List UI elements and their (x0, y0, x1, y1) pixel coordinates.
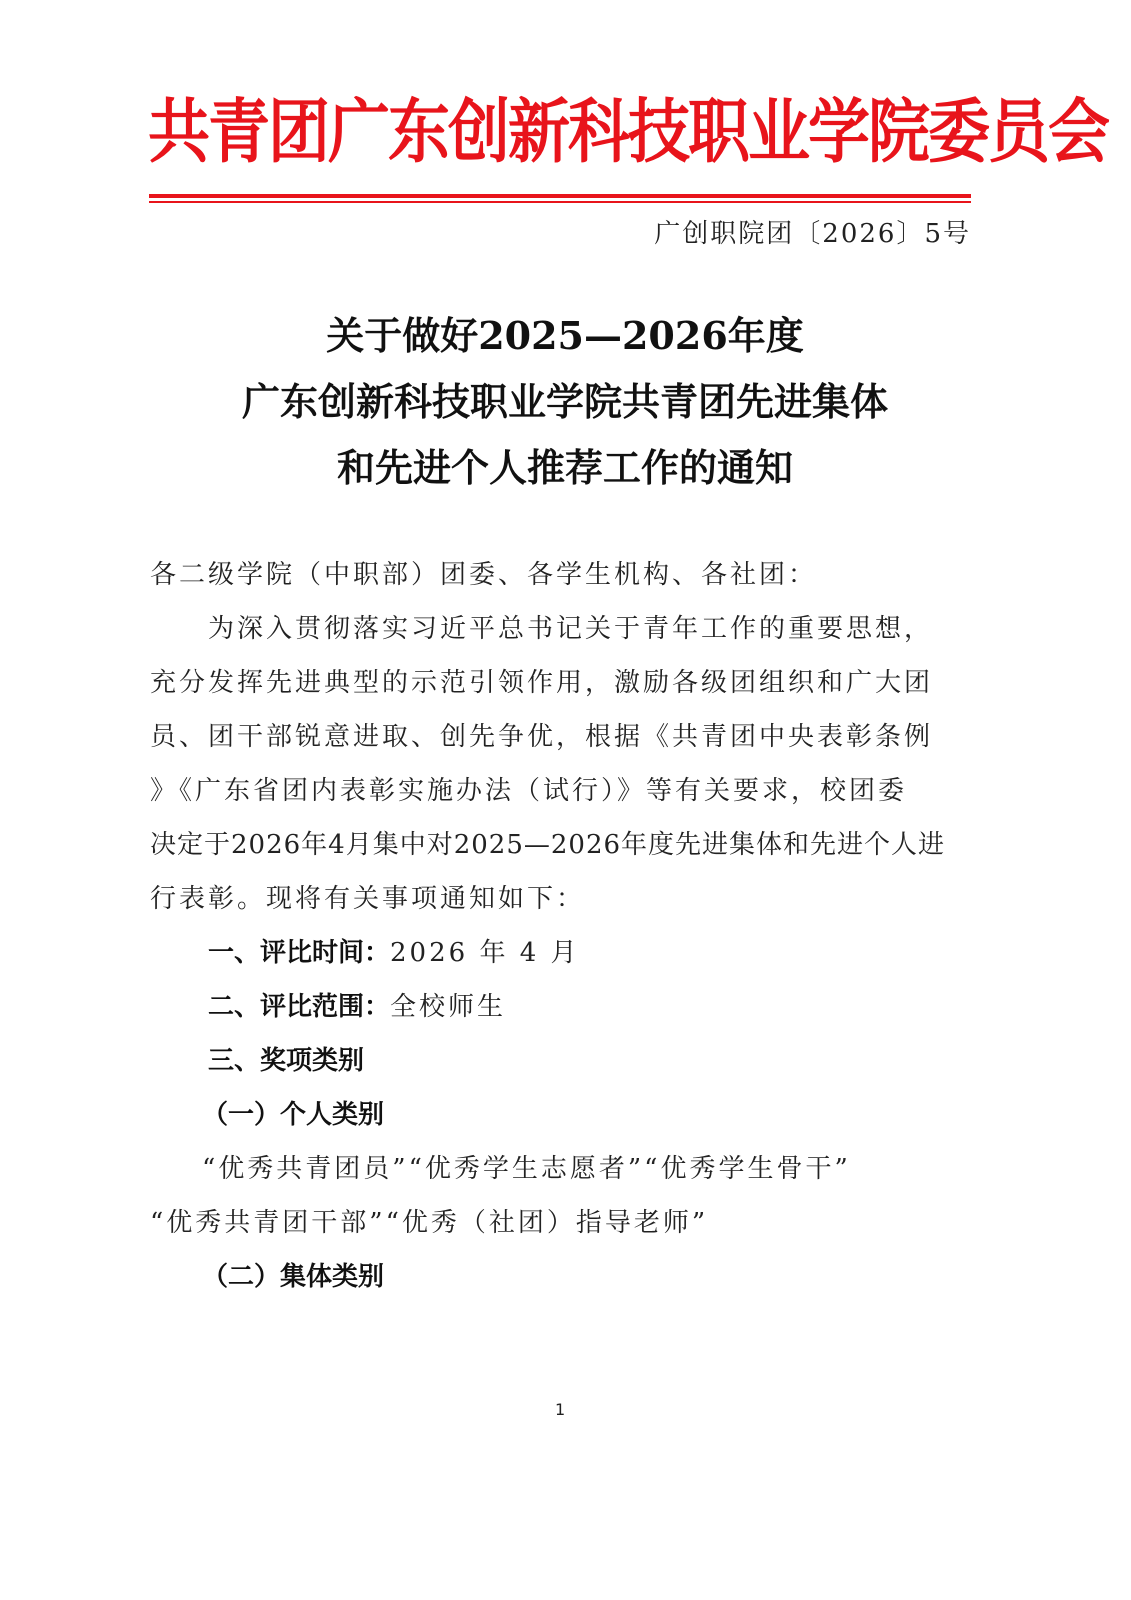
intro-line: 决定于2026年4月集中对2025—2026年度先进集体和先进个人进 (150, 818, 972, 872)
intro-line: 行表彰。现将有关事项通知如下： (150, 872, 972, 926)
section-heading: 二、评比范围： (208, 992, 390, 1022)
section-evaluation-time: 一、评比时间：2026 年 4 月 (150, 926, 972, 980)
organization-title: 共青团广东创新科技职业学院委员会 (148, 87, 970, 177)
subsection-individual: （一）个人类别 (150, 1088, 972, 1142)
page-number: 1 (555, 1400, 565, 1419)
salutation: 各二级学院（中职部）团委、各学生机构、各社团： (150, 548, 972, 602)
individual-awards-line: “优秀共青团员”“优秀学生志愿者”“优秀学生骨干” (150, 1142, 972, 1196)
header-red-rule-thick (149, 194, 971, 198)
intro-line: 充分发挥先进典型的示范引领作用，激励各级团组织和广大团 (150, 656, 972, 710)
section-value: 2026 年 4 月 (390, 938, 580, 968)
subsection-heading: （二）集体类别 (202, 1262, 384, 1292)
section-heading: 一、评比时间： (208, 938, 390, 968)
header-red-rule-thin (149, 201, 971, 203)
title-line-1: 关于做好2025—2026年度 (140, 303, 990, 369)
title-line-3: 和先进个人推荐工作的通知 (140, 435, 990, 501)
title-line-2: 广东创新科技职业学院共青团先进集体 (140, 369, 990, 435)
subsection-collective: （二）集体类别 (150, 1250, 972, 1304)
individual-awards-line: “优秀共青团干部”“优秀（社团）指导老师” (150, 1196, 972, 1250)
section-award-categories: 三、奖项类别 (150, 1034, 972, 1088)
section-heading: 三、奖项类别 (208, 1046, 364, 1076)
document-body: 各二级学院（中职部）团委、各学生机构、各社团： 为深入贯彻落实习近平总书记关于青… (150, 548, 972, 1304)
intro-line: 员、团干部锐意进取、创先争优，根据《共青团中央表彰条例 (150, 710, 972, 764)
section-value: 全校师生 (390, 992, 506, 1022)
intro-line: 为深入贯彻落实习近平总书记关于青年工作的重要思想， (150, 602, 972, 656)
document-number: 广创职院团〔2026〕5号 (654, 214, 971, 254)
notice-title: 关于做好2025—2026年度 广东创新科技职业学院共青团先进集体 和先进个人推… (140, 303, 990, 501)
subsection-heading: （一）个人类别 (202, 1100, 384, 1130)
intro-line: 》《广东省团内表彰实施办法（试行）》等有关要求，校团委 (150, 764, 972, 818)
section-evaluation-scope: 二、评比范围：全校师生 (150, 980, 972, 1034)
